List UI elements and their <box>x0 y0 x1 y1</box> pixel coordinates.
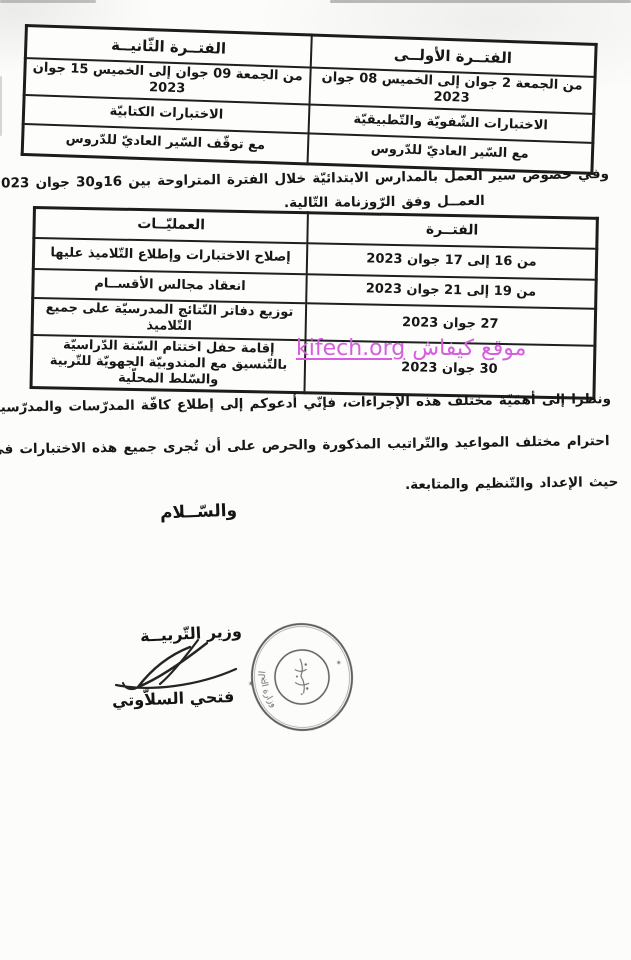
site-watermark: موقع كيفاش kifech.org <box>296 336 526 361</box>
stamp-star-right: ✶ <box>335 659 342 668</box>
intro-paragraph-line2: العمــل وفق الرّوزنامة التّالية. <box>284 193 485 211</box>
watermark-url-text: kifech.org <box>296 336 405 361</box>
schedule-operation-cell: إقامة حفل اختتام السّنة الدّراسيّة بالتّ… <box>31 335 305 393</box>
scan-artifact <box>0 0 96 3</box>
closing-paragraph-line2: احترام مختلف المواعيد والتّراتيب المذكور… <box>0 433 610 460</box>
svg-text:الجمهورية التونسية: الجمهورية التونسية <box>242 616 269 686</box>
scanned-document-page: الفتــرة الأولــى الفتــرة الثّانيــة من… <box>0 0 631 960</box>
closing-paragraph-line3: حيث الإعداد والتّنظيم والمتابعة. <box>404 474 618 493</box>
scan-artifact <box>0 76 2 136</box>
stamp-ring-text-top: الجمهورية التونسية <box>242 616 269 686</box>
ministry-seal-icon: الجمهورية التونسية وزارة التربية ✶ ✶ <box>242 614 362 741</box>
watermark-arabic-text: موقع كيفاش <box>412 336 526 361</box>
stamp-center-emblem <box>293 658 310 695</box>
exam-periods-table: الفتــرة الأولــى الفتــرة الثّانيــة من… <box>21 24 598 174</box>
schedule-table: الفتــرة العمليّــات من 16 إلى 17 جوان 2… <box>29 206 598 400</box>
stamp-star-left: ✶ <box>247 679 255 689</box>
schedule-operation-cell: توزيع دفاتر النّتائج المدرسيّة على جميع … <box>32 298 306 340</box>
minister-name: فتحي السلاّوتي <box>112 687 235 710</box>
closing-paragraph-line1: ونظرا إلى أهمّيّة مختلف هذه الإجراءات، ف… <box>0 391 611 418</box>
stamp-ring-text-bottom: وزارة التربية <box>242 615 279 712</box>
closing-salutation: والسّــلام <box>160 501 238 524</box>
svg-text:وزارة التربية: وزارة التربية <box>242 615 279 712</box>
intro-paragraph-line1: وفي خصوص سير العمل بالمدارس الابتدائيّة … <box>0 166 609 193</box>
scan-artifact <box>330 0 631 3</box>
